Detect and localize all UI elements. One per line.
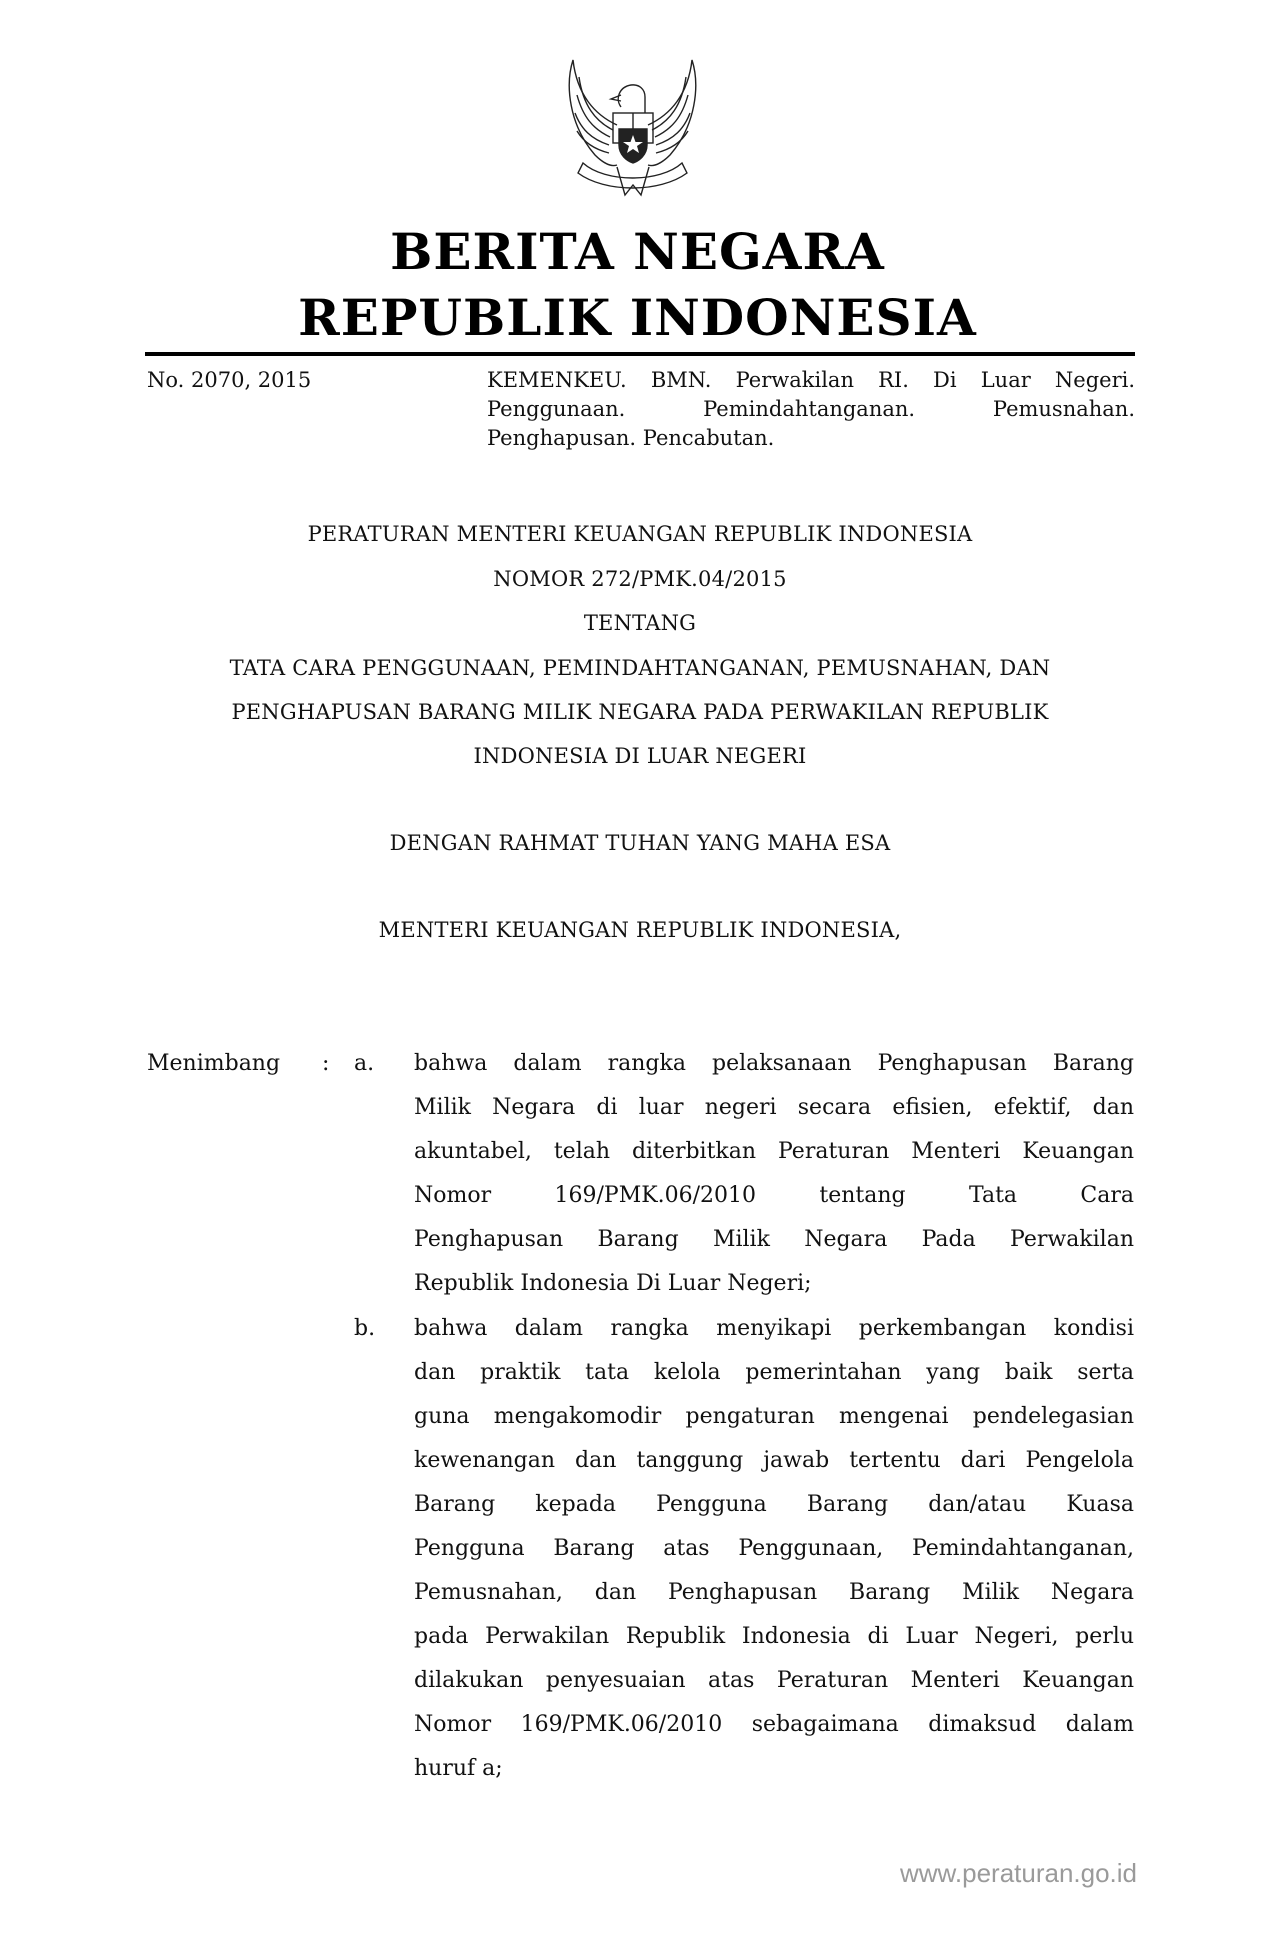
consideration-line: kewenangan dan tanggung jawab tertentu d…	[414, 1439, 1134, 1483]
gazette-number: No. 2070, 2015	[147, 366, 311, 395]
consideration-letter-a: a.	[354, 1049, 374, 1079]
subject-line: KEMENKEU. BMN. Perwakilan RI. Di Luar Ne…	[487, 366, 1135, 395]
garuda-pancasila-emblem-icon	[555, 55, 710, 205]
regulation-invocation: DENGAN RAHMAT TUHAN YANG MAHA ESA	[140, 829, 1140, 857]
gazette-title-line-1: BERITA NEGARA	[0, 222, 1275, 282]
gazette-title-line-2: REPUBLIK INDONESIA	[0, 288, 1275, 348]
consideration-letter-b: b.	[354, 1314, 375, 1344]
website-watermark: www.peraturan.go.id	[900, 1858, 1137, 1889]
consideration-line: Nomor 169/PMK.06/2010 tentang Tata Cara	[414, 1174, 1134, 1218]
document-page: BERITA NEGARA REPUBLIK INDONESIA No. 207…	[0, 0, 1275, 1950]
consideration-line: Milik Negara di luar negeri secara efisi…	[414, 1086, 1134, 1130]
regulation-about: TENTANG	[140, 609, 1140, 637]
consideration-line: Republik Indonesia Di Luar Negeri;	[414, 1262, 1134, 1306]
consideration-line: Barang kepada Pengguna Barang dan/atau K…	[414, 1483, 1134, 1527]
considerations-colon: :	[322, 1049, 329, 1079]
regulation-title-line: PENGHAPUSAN BARANG MILIK NEGARA PADA PER…	[140, 698, 1140, 726]
consideration-line: dan praktik tata kelola pemerintahan yan…	[414, 1351, 1134, 1395]
regulation-number: NOMOR 272/PMK.04/2015	[140, 565, 1140, 593]
consideration-line: Nomor 169/PMK.06/2010 sebagaimana dimaks…	[414, 1703, 1134, 1747]
regulation-title-line: TATA CARA PENGGUNAAN, PEMINDAHTANGANAN, …	[140, 654, 1140, 682]
gazette-subject: KEMENKEU. BMN. Perwakilan RI. Di Luar Ne…	[487, 366, 1135, 453]
consideration-line: Penghapusan Barang Milik Negara Pada Per…	[414, 1218, 1134, 1262]
consideration-line: Pemusnahan, dan Penghapusan Barang Milik…	[414, 1571, 1134, 1615]
header-divider	[145, 352, 1135, 356]
consideration-line: bahwa dalam rangka pelaksanaan Penghapus…	[414, 1042, 1134, 1086]
consideration-line: pada Perwakilan Republik Indonesia di Lu…	[414, 1615, 1134, 1659]
consideration-line: guna mengakomodir pengaturan mengenai pe…	[414, 1395, 1134, 1439]
subject-line: Penghapusan. Pencabutan.	[487, 424, 1135, 453]
consideration-item-a: bahwa dalam rangka pelaksanaan Penghapus…	[414, 1042, 1134, 1306]
considerations-label: Menimbang	[147, 1049, 280, 1079]
regulation-issuer: PERATURAN MENTERI KEUANGAN REPUBLIK INDO…	[140, 520, 1140, 548]
consideration-line: bahwa dalam rangka menyikapi perkembanga…	[414, 1307, 1134, 1351]
subject-line: Penggunaan. Pemindahtanganan. Pemusnahan…	[487, 395, 1135, 424]
regulation-authority: MENTERI KEUANGAN REPUBLIK INDONESIA,	[140, 916, 1140, 944]
consideration-line: huruf a;	[414, 1747, 1134, 1791]
consideration-line: dilakukan penyesuaian atas Peraturan Men…	[414, 1659, 1134, 1703]
consideration-line: akuntabel, telah diterbitkan Peraturan M…	[414, 1130, 1134, 1174]
regulation-title-line: INDONESIA DI LUAR NEGERI	[140, 742, 1140, 770]
consideration-item-b: bahwa dalam rangka menyikapi perkembanga…	[414, 1307, 1134, 1791]
consideration-line: Pengguna Barang atas Penggunaan, Peminda…	[414, 1527, 1134, 1571]
